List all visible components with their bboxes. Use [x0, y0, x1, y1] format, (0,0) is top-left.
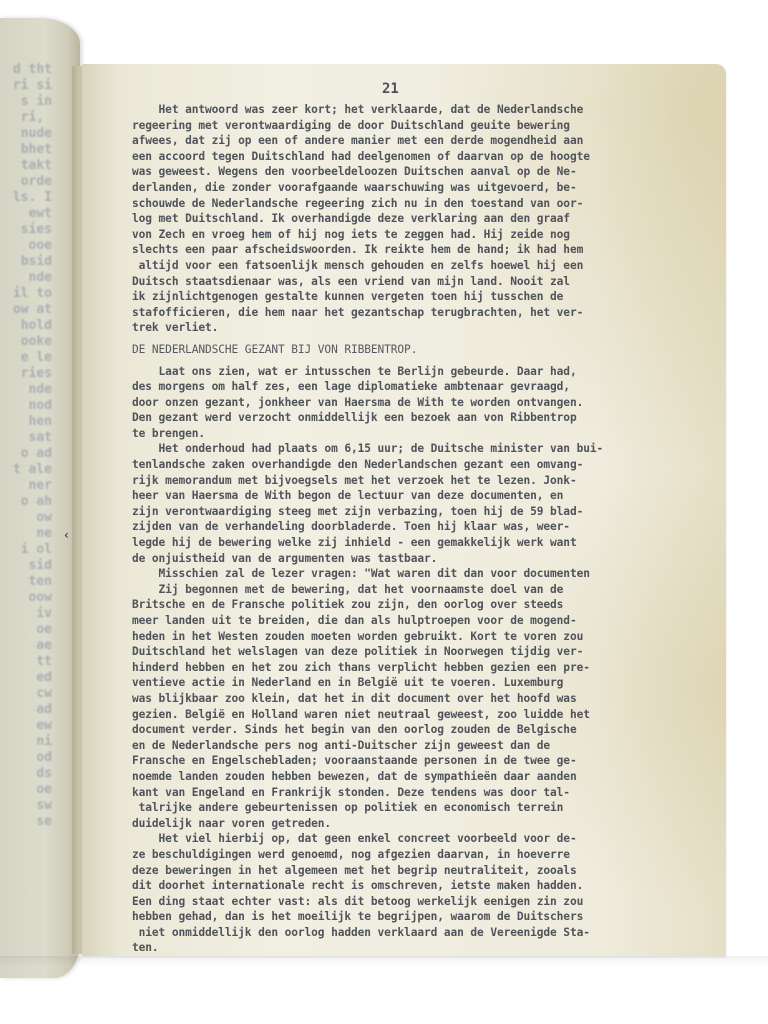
text-line: gezien. België en Holland waren niet neu…: [132, 707, 712, 723]
text-line: deze beweringen in het algemeen met het …: [132, 863, 712, 879]
text-line: von Zech en vroeg hem of hij nog iets te…: [132, 227, 712, 243]
paragraph: Laat ons zien, wat er intusschen te Berl…: [132, 364, 712, 442]
book-photo: d tht ri si s in ri, nude bhet takt orde…: [0, 0, 768, 1024]
text-line: document verder. Sinds het begin van den…: [132, 722, 712, 738]
text-line: noemde landen zouden hebben bewezen, dat…: [132, 769, 712, 785]
paragraph: Het antwoord was zeer kort; het verklaar…: [132, 102, 712, 336]
text-line: schouwde de Nederlandsche regeering zich…: [132, 196, 712, 212]
text-line: stafofficieren, die hem naar het gezants…: [132, 305, 712, 321]
paragraph: Het onderhoud had plaats om 6,15 uur; de…: [132, 441, 712, 566]
paragraph: Het viel hierbij op, dat geen enkel conc…: [132, 831, 712, 956]
text-line: Laat ons zien, wat er intusschen te Berl…: [132, 364, 712, 380]
text-line: rijk memorandum met bijvoegsels met het …: [132, 473, 712, 489]
text-line: Britsche en de Fransche politiek zou zij…: [132, 597, 712, 613]
text-line: dit doorhet internationale recht is omsc…: [132, 878, 712, 894]
text-line: heden in het Westen zouden moeten worden…: [132, 629, 712, 645]
text-line: een accoord tegen Duitschland had deelge…: [132, 149, 712, 165]
text-line: hinderd hebben en het zou zich thans ver…: [132, 660, 712, 676]
text-line: log met Duitschland. Ik overhandigde dez…: [132, 211, 712, 227]
text-line: talrijke andere gebeurtenissen op politi…: [132, 800, 712, 816]
text-line: door onzen gezant, jonkheer van Haersma …: [132, 395, 712, 411]
text-line: kant van Engeland en Frankrijk stonden. …: [132, 785, 712, 801]
text-line: zijn verontwaardiging steeg met zijn ver…: [132, 504, 712, 520]
text-line: ze beschuldigingen werd genoemd, nog afg…: [132, 847, 712, 863]
page-number: 21: [382, 81, 399, 97]
text-line: Fransche en Engelschebladen; vooraanstaa…: [132, 753, 712, 769]
text-line: was geweest. Wegens den voorbeeldeloozen…: [132, 164, 712, 180]
text-line: Een ding staat echter vast: als dit beto…: [132, 894, 712, 910]
text-line: was blijkbaar zoo klein, dat het in dit …: [132, 691, 712, 707]
text-line: derlanden, die zonder voorafgaande waars…: [132, 180, 712, 196]
left-page-text-fragments: d tht ri si s in ri, nude bhet takt orde…: [0, 62, 52, 830]
text-line: ik zijnlichtgenogen gestalte kunnen verg…: [132, 289, 712, 305]
text-line: Duitsch staatsdienaar was, als een vrien…: [132, 274, 712, 290]
text-line: afwees, dat zij op een of andere manier …: [132, 133, 712, 149]
text-line: heer van Haersma de With begon de lectuu…: [132, 488, 712, 504]
text-line: Zij begonnen met de bewering, dat het vo…: [132, 582, 712, 598]
paragraph: Misschien zal de lezer vragen: "Wat ware…: [132, 566, 712, 831]
right-page: 21 Het antwoord was zeer kort; het verkl…: [82, 64, 726, 956]
text-line: DE NEDERLANDSCHE GEZANT BIJ VON RIBBENTR…: [132, 342, 712, 358]
text-line: Den gezant werd verzocht onmiddellijk ee…: [132, 410, 712, 426]
text-line: ten.: [132, 940, 712, 956]
text-line: meer landen uit te breiden, die dan als …: [132, 613, 712, 629]
text-line: tenlandsche zaken overhandigde den Neder…: [132, 457, 712, 473]
text-line: hebben gehad, dan is het moeilijk te beg…: [132, 909, 712, 925]
text-line: slechts een paar afscheidswoorden. Ik re…: [132, 242, 712, 258]
text-line: niet onmiddellijk den oorlog hadden verk…: [132, 925, 712, 941]
text-line: de onjuistheid van de argumenten was tas…: [132, 551, 712, 567]
text-line: Het antwoord was zeer kort; het verklaar…: [132, 102, 712, 118]
left-page: d tht ri si s in ri, nude bhet takt orde…: [0, 18, 80, 978]
text-line: en de Nederlandsche pers nog anti-Duitsc…: [132, 738, 712, 754]
text-line: Het viel hierbij op, dat geen enkel conc…: [132, 831, 712, 847]
text-line: zijden van de verhandeling doorbladerde.…: [132, 519, 712, 535]
page-body-text: Het antwoord was zeer kort; het verklaar…: [132, 102, 712, 956]
section-heading: DE NEDERLANDSCHE GEZANT BIJ VON RIBBENTR…: [132, 342, 712, 358]
text-line: duidelijk naar voren getreden.: [132, 816, 712, 832]
text-line: legde hij de bewering welke zij inhield …: [132, 535, 712, 551]
text-line: trek verliet.: [132, 320, 712, 336]
text-line: regeering met verontwaardiging de door D…: [132, 118, 712, 134]
text-line: ventieve actie in Nederland en in België…: [132, 675, 712, 691]
text-line: Misschien zal de lezer vragen: "Wat ware…: [132, 566, 712, 582]
margin-mark: ‹: [64, 528, 69, 542]
text-line: des morgens om half zes, een lage diplom…: [132, 379, 712, 395]
page-shadow: [0, 956, 768, 966]
text-line: Duitschland het welslagen van deze polit…: [132, 644, 712, 660]
text-line: te brengen.: [132, 426, 712, 442]
text-line: altijd voor een fatsoenlijk mensch gehou…: [132, 258, 712, 274]
text-line: Het onderhoud had plaats om 6,15 uur; de…: [132, 441, 712, 457]
